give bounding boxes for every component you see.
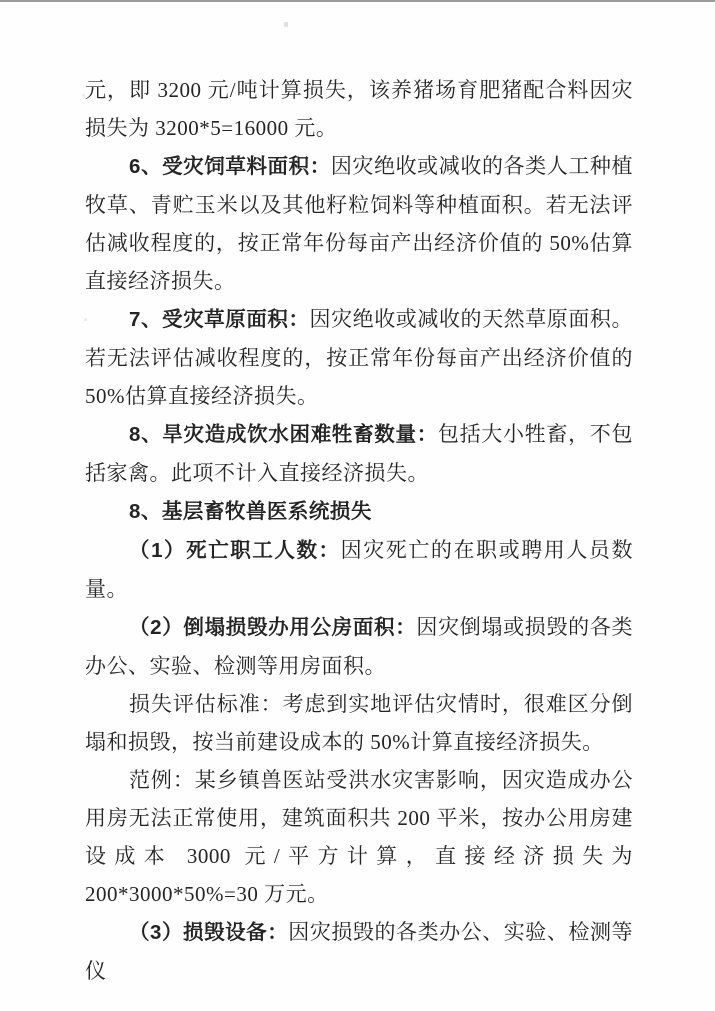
paragraph-lead: （2）倒塌损毁办用公房面积：	[129, 616, 416, 639]
paragraph-lead: （1）死亡职工人数：	[129, 539, 341, 562]
paragraph-item-7: 7、受灾草原面积：因灾绝收或减收的天然草原面积。若无法评估减收程度的，按正常年份…	[85, 300, 633, 415]
paragraph-lead: （3）损毁设备：	[129, 921, 288, 944]
paragraph-lead: 6、受灾饲草料面积：	[129, 155, 331, 178]
paragraph-lead: 8、基层畜牧兽医系统损失	[129, 500, 372, 523]
paragraph-lead: 7、受灾草原面积：	[129, 308, 310, 331]
paragraph-lead: 损失评估标准：	[129, 692, 283, 716]
paragraph-continuation: 元，即 3200 元/吨计算损失，该养猪场育肥猪配合料因灾损失为 3200*5=…	[85, 71, 633, 147]
paragraph-assessment-standard: 损失评估标准：考虑到实地评估灾情时，很难区分倒塌和损毁，按当前建设成本的 50%…	[85, 685, 633, 761]
paragraph-item-6: 6、受灾饲草料面积：因灾绝收或减收的各类人工种植牧草、青贮玉米以及其他籽粒饲料等…	[85, 147, 633, 300]
paragraph-subitem-3: （3）损毁设备：因灾损毁的各类办公、实验、检测等仪	[85, 913, 633, 990]
paragraph-lead: 范例：	[129, 768, 195, 792]
document-page: 元，即 3200 元/吨计算损失，该养猪场育肥猪配合料因灾损失为 3200*5=…	[0, 0, 715, 1011]
scan-edge-line	[0, 0, 715, 2]
document-body: 元，即 3200 元/吨计算损失，该养猪场育肥猪配合料因灾损失为 3200*5=…	[85, 71, 633, 990]
paragraph-lead: 8、旱灾造成饮水困难牲畜数量：	[129, 423, 438, 446]
section-heading-veterinary-system: 8、基层畜牧兽医系统损失	[85, 492, 633, 531]
paragraph-example: 范例：某乡镇兽医站受洪水灾害影响，因灾造成办公用房无法正常使用，建筑面积共 20…	[85, 761, 633, 913]
scan-speck	[284, 22, 288, 27]
paragraph-text: 元，即 3200 元/吨计算损失，该养猪场育肥猪配合料因灾损失为 3200*5=…	[85, 78, 633, 140]
paragraph-subitem-2: （2）倒塌损毁办用公房面积：因灾倒塌或损毁的各类办公、实验、检测等用房面积。	[85, 608, 633, 685]
paragraph-item-8-drought: 8、旱灾造成饮水困难牲畜数量：包括大小牲畜，不包括家禽。此项不计入直接经济损失。	[85, 415, 633, 492]
paragraph-subitem-1: （1）死亡职工人数：因灾死亡的在职或聘用人员数量。	[85, 531, 633, 608]
